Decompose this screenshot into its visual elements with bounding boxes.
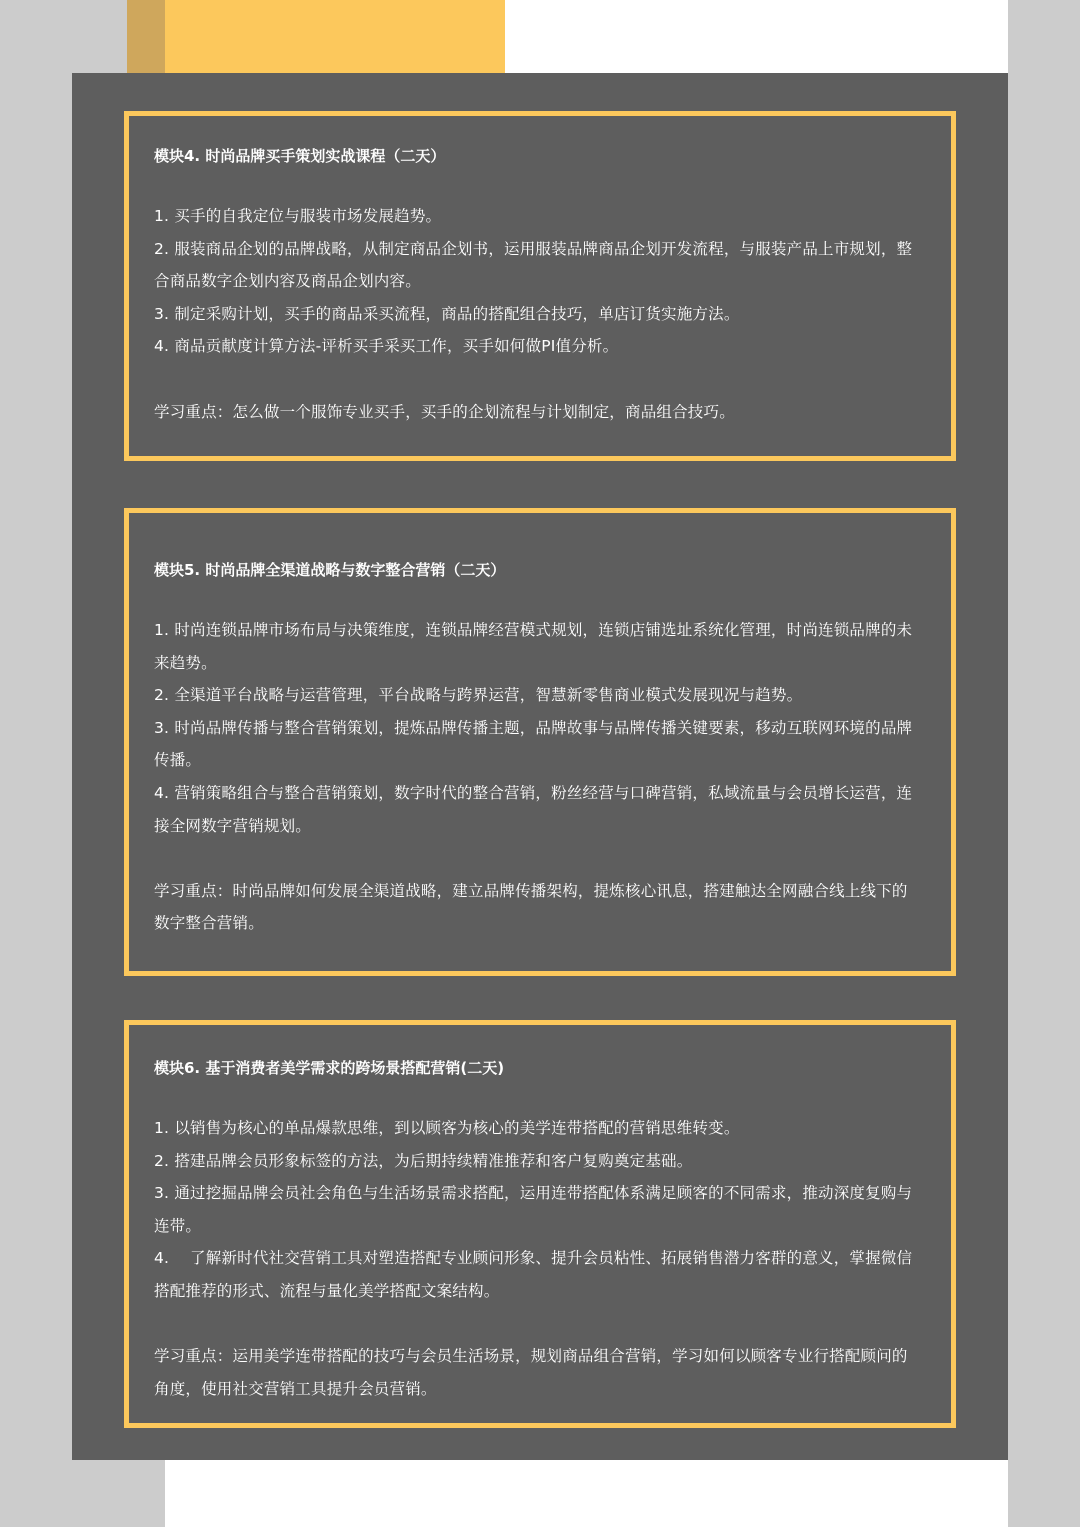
module-item: 2. 服装商品企划的品牌战略，从制定商品企划书，运用服装品牌商品企划开发流程，与… bbox=[154, 233, 921, 298]
decorative-yellow-block bbox=[165, 0, 505, 73]
module-item: 4. 商品贡献度计算方法-评析买手采买工作，买手如何做PI值分析。 bbox=[154, 330, 921, 363]
module-item: 1. 买手的自我定位与服装市场发展趋势。 bbox=[154, 200, 921, 233]
module-item: 1. 时尚连锁品牌市场布局与决策维度，连锁品牌经营模式规划，连锁店铺选址系统化管… bbox=[154, 614, 921, 679]
module-title: 模块4. 时尚品牌买手策划实战课程（二天） bbox=[154, 146, 921, 166]
module-item: 3. 时尚品牌传播与整合营销策划，提炼品牌传播主题，品牌故事与品牌传播关键要素，… bbox=[154, 712, 921, 777]
module-title: 模块5. 时尚品牌全渠道战略与数字整合营销（二天） bbox=[154, 560, 921, 580]
module-item: 1. 以销售为核心的单品爆款思维，到以顾客为核心的美学连带搭配的营销思维转变。 bbox=[154, 1112, 921, 1145]
module-item: 4. 了解新时代社交营销工具对塑造搭配专业顾问形象、提升会员粘性、拓展销售潜力客… bbox=[154, 1242, 921, 1307]
module-item: 3. 制定采购计划，买手的商品采买流程，商品的搭配组合技巧，单店订货实施方法。 bbox=[154, 298, 921, 331]
module-6-box: 模块6. 基于消费者美学需求的跨场景搭配营销(二天) 1. 以销售为核心的单品爆… bbox=[124, 1020, 956, 1428]
right-gray-strip bbox=[1008, 0, 1080, 1527]
module-item: 2. 全渠道平台战略与运营管理，平台战略与跨界运营，智慧新零售商业模式发展现况与… bbox=[154, 679, 921, 712]
module-title: 模块6. 基于消费者美学需求的跨场景搭配营销(二天) bbox=[154, 1058, 921, 1078]
left-gray-strip-bottom bbox=[0, 1460, 165, 1527]
learning-focus: 学习重点：运用美学连带搭配的技巧与会员生活场景，规划商品组合营销，学习如何以顾客… bbox=[154, 1340, 921, 1405]
module-5-box: 模块5. 时尚品牌全渠道战略与数字整合营销（二天） 1. 时尚连锁品牌市场布局与… bbox=[124, 508, 956, 976]
module-item: 4. 营销策略组合与整合营销策划，数字时代的整合营销，粉丝经营与口碑营销，私域流… bbox=[154, 777, 921, 842]
learning-focus: 学习重点：时尚品牌如何发展全渠道战略，建立品牌传播架构，提炼核心讯息，搭建触达全… bbox=[154, 875, 921, 940]
module-item: 2. 搭建品牌会员形象标签的方法，为后期持续精准推荐和客户复购奠定基础。 bbox=[154, 1145, 921, 1178]
module-item: 3. 通过挖掘品牌会员社会角色与生活场景需求搭配，运用连带搭配体系满足顾客的不同… bbox=[154, 1177, 921, 1242]
learning-focus: 学习重点：怎么做一个服饰专业买手，买手的企划流程与计划制定，商品组合技巧。 bbox=[154, 396, 921, 429]
module-4-box: 模块4. 时尚品牌买手策划实战课程（二天） 1. 买手的自我定位与服装市场发展趋… bbox=[124, 111, 956, 461]
decorative-tan-block bbox=[127, 0, 165, 73]
